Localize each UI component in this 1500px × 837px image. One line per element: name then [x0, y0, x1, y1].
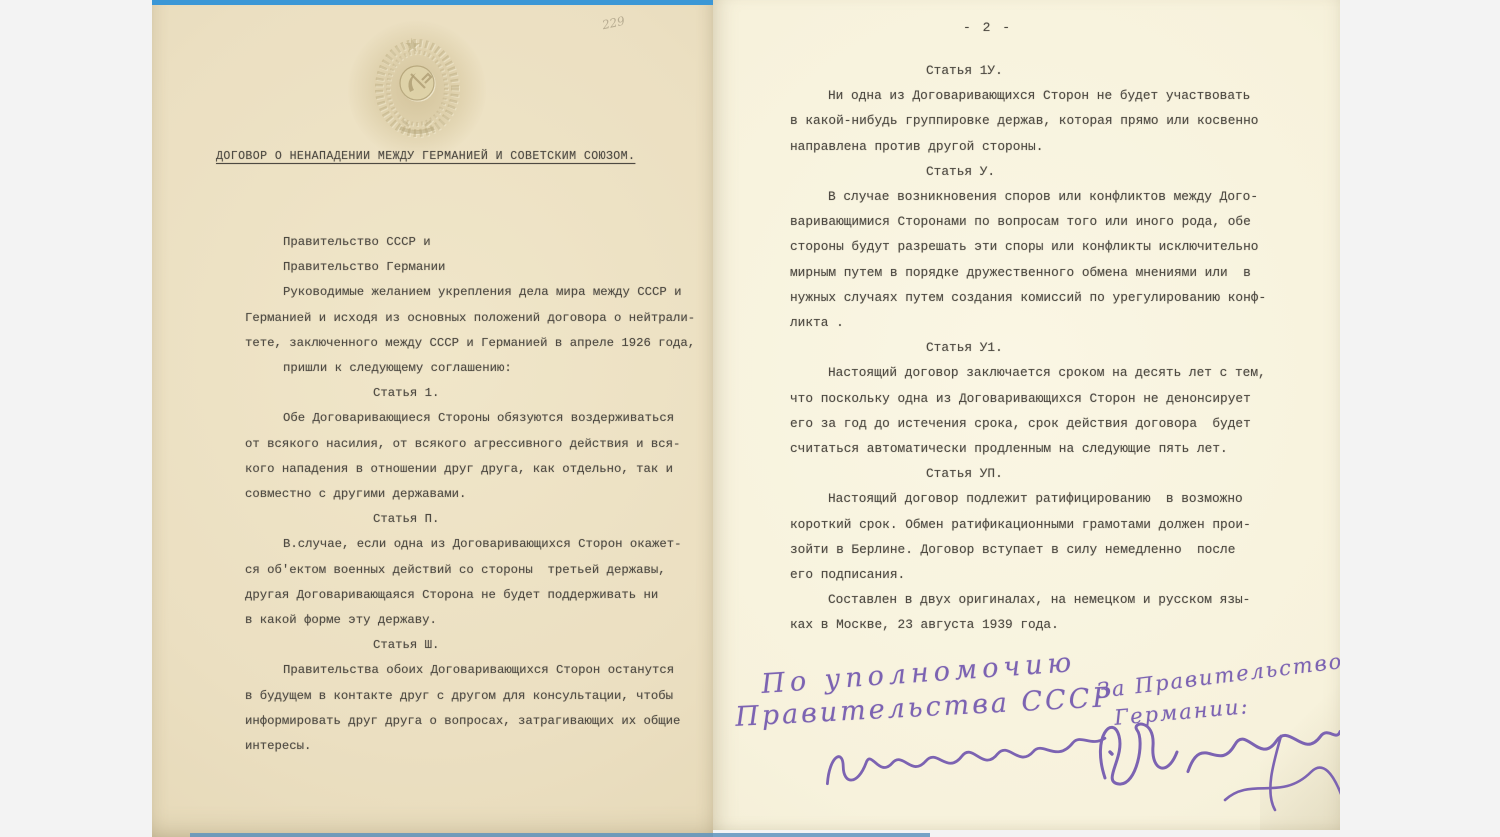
typed-line: Ни одна из Договаривающихся Сторон не бу… — [790, 83, 1315, 108]
document-scan: 229 ДОГОВОР О НЕНАПАДЕНИИ МЕЖДУ ГЕРМАНИЕ… — [0, 0, 1500, 837]
article-heading: Статья У1. — [790, 335, 1315, 360]
typed-line: кого нападения в отношении друг друга, к… — [245, 457, 705, 482]
typed-line: направлена против другой стороны. — [790, 134, 1315, 159]
typed-line: зойти в Берлине. Договор вступает в силу… — [790, 537, 1315, 562]
page-number: - 2 - — [963, 20, 1012, 35]
typed-line: мирным путем в порядке дружественного об… — [790, 260, 1315, 285]
typed-line: другая Договаривающаяся Сторона не будет… — [245, 583, 705, 608]
typed-line: В.случае, если одна из Договаривающихся … — [245, 532, 705, 557]
typed-line: Настоящий договор заключается сроком на … — [790, 360, 1315, 385]
typed-line: нужных случаях путем создания комиссий п… — [790, 285, 1315, 310]
article-heading: Статья УП. — [790, 461, 1315, 486]
typed-line: стороны будут разрешать эти споры или ко… — [790, 234, 1315, 259]
typed-line: интересы. — [245, 734, 705, 759]
molotov-signature-icon — [816, 726, 1116, 792]
soviet-emblem-seal-icon — [370, 36, 464, 142]
page-2-body: Статья 1У. Ни одна из Договаривающихся С… — [790, 58, 1315, 638]
typed-line: в какой-нибудь группировке держав, котор… — [790, 108, 1315, 133]
typed-line: В случае возникновения споров или конфли… — [790, 184, 1315, 209]
typed-line: Правительство СССР и — [245, 230, 705, 255]
typed-line: короткий срок. Обмен ратификационными гр… — [790, 512, 1315, 537]
article-heading: Статья 1У. — [790, 58, 1315, 83]
typed-line: Настоящий договор подлежит ратифицирован… — [790, 486, 1315, 511]
scan-edge-strip-top — [152, 0, 713, 5]
typed-line: варивающимися Сторонами по вопросам того… — [790, 209, 1315, 234]
scan-edge-strip-bottom — [190, 833, 930, 837]
article-heading: Статья 1. — [245, 381, 705, 406]
archive-corner-mark: 229 — [601, 14, 626, 32]
typed-line: Руководимые желанием укрепления дела мир… — [245, 280, 705, 305]
typed-line: Составлен в двух оригиналах, на немецком… — [790, 587, 1315, 612]
typed-line: от всякого насилия, от всякого агрессивн… — [245, 432, 705, 457]
typed-line: Обе Договаривающиеся Стороны обязуются в… — [245, 406, 705, 431]
typed-line: совместно с другими державами. — [245, 482, 705, 507]
typed-line: его за год до истечения срока, срок дейс… — [790, 411, 1315, 436]
typed-line: Германией и исходя из основных положений… — [245, 306, 705, 331]
typed-line: Правительства обоих Договаривающихся Сто… — [245, 658, 705, 683]
typed-line: ся об'ектом военных действий со стороны … — [245, 558, 705, 583]
typed-line: в будущем в контакте друг с другом для к… — [245, 684, 705, 709]
typed-line: тете, заключенного между СССР и Германие… — [245, 331, 705, 356]
typed-line: информировать друг друга о вопросах, зат… — [245, 709, 705, 734]
article-heading: Статья У. — [790, 159, 1315, 184]
treaty-page-2: - 2 - Статья 1У. Ни одна из Договаривающ… — [713, 0, 1340, 830]
treaty-page-1: 229 ДОГОВОР О НЕНАПАДЕНИИ МЕЖДУ ГЕРМАНИЕ… — [152, 0, 713, 837]
article-heading: Статья П. — [245, 507, 705, 532]
ribbentrop-signature-icon — [1075, 706, 1340, 816]
document-title: ДОГОВОР О НЕНАПАДЕНИИ МЕЖДУ ГЕРМАНИЕЙ И … — [216, 150, 686, 163]
typed-line: ках в Москве, 23 августа 1939 года. — [790, 612, 1315, 637]
article-heading: Статья Ш. — [245, 633, 705, 658]
page-1-body: Правительство СССР и Правительство Герма… — [245, 230, 705, 759]
typed-line: что поскольку одна из Договаривающихся С… — [790, 386, 1315, 411]
typed-line: его подписания. — [790, 562, 1315, 587]
typed-line: считаться автоматически продленным на сл… — [790, 436, 1315, 461]
typed-line: Правительство Германии — [245, 255, 705, 280]
typed-line: ликта . — [790, 310, 1315, 335]
typed-line: пришли к следующему соглашению: — [245, 356, 705, 381]
typed-line: в какой форме эту державу. — [245, 608, 705, 633]
